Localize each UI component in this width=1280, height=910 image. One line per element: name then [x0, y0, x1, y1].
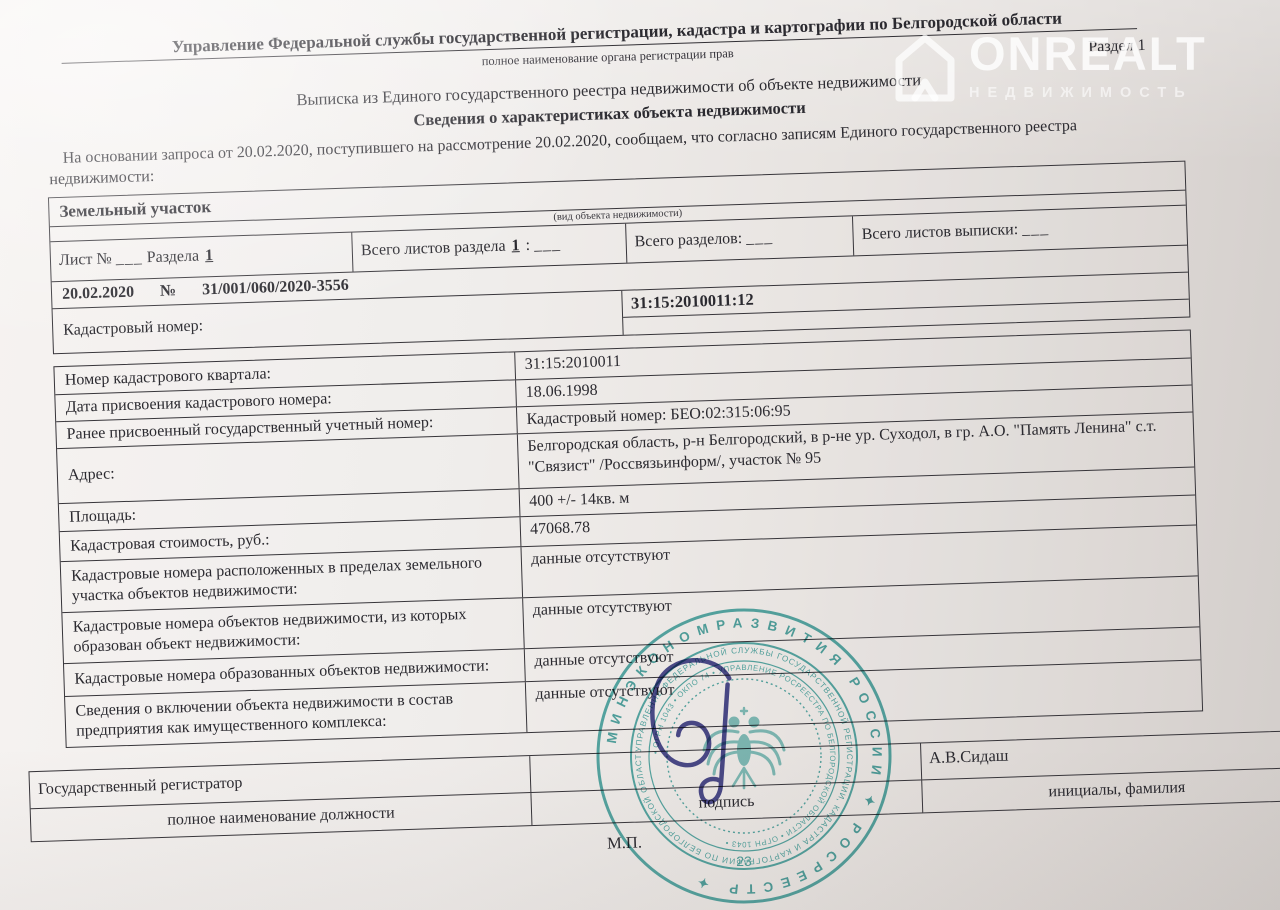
request-date: 20.02.2020	[62, 283, 135, 302]
document-photo: Управление Федеральной службы государств…	[0, 0, 1280, 910]
signature-svg	[640, 649, 760, 813]
sections-total-cell: Всего разделов: ___	[626, 216, 854, 262]
extract-sheets-total-label: Всего листов выписки:	[861, 220, 1018, 246]
sections-total-label: Всего разделов:	[634, 229, 742, 253]
sheets-total-colon: :	[525, 236, 530, 257]
sheet-razdel-num: 1	[203, 246, 216, 267]
registrar-signature	[640, 649, 760, 813]
sheets-total-blank: ___	[534, 235, 562, 257]
object-info-table: Земельный участок (вид объекта недвижимо…	[48, 160, 1191, 355]
number-sign: №	[160, 282, 177, 300]
sheets-total-num: 1	[509, 236, 522, 257]
sheet-razdel-label: Раздела	[146, 246, 199, 268]
sheet-blank: ___	[115, 248, 143, 270]
stamp-number: 23	[736, 853, 752, 869]
section-number: Раздел 1	[1088, 36, 1146, 59]
extract-number: 31/001/060/2020-3556	[202, 276, 349, 298]
extract-sheets-total-blank: ___	[1022, 219, 1050, 241]
sections-total-blank: ___	[746, 228, 774, 250]
sheet-label: Лист №	[59, 249, 112, 271]
sheets-total-label: Всего листов раздела	[361, 236, 506, 261]
